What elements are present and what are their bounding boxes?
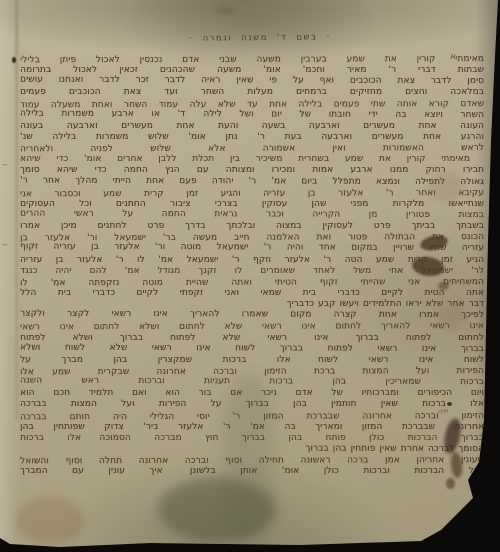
header-inscription: · בשם ד' משנה וגמרה · xyxy=(150,32,370,44)
text-line: עזריה שהיו שרויין במקום אחד והיה ר' ישמע… xyxy=(20,242,484,255)
text-block: מאימתי קורין את שמע בערבין משעה שבני אדם… xyxy=(20,54,484,494)
text-line: ויום הכיפורים ומברכותיו של אדם ניכר אם ב… xyxy=(20,388,484,399)
manuscript-photo: 2 · בשם ד' משנה וגמרה · א ‒ ‒ שינו מאימת… xyxy=(0,0,500,552)
text-line: אלו ברכות שאין חותמין בהן בברוך על הפירו… xyxy=(20,399,484,410)
tan-stain xyxy=(16,497,84,545)
text-line: מאימתי קורין את שמע בשחרית משיכיר בין תכ… xyxy=(20,154,484,165)
text-line: אתה הטית לקיים כדברי בית שמאי ואני זקפתי… xyxy=(20,288,484,299)
text-line: גאולה לתפילה ונמצא מתפלל ביום אמ' ר' יהו… xyxy=(20,175,484,188)
text-line: לראש האשמורות ואין אשמורה אלא שלוש לפניה… xyxy=(20,143,484,155)
text-line: אינו רשאי להאריך לחתום אינו רשאי שלא לחת… xyxy=(20,321,484,333)
text-line: הזימון וברכה אחרונה שבברכת המזון ר' יוסי… xyxy=(20,411,484,423)
text-line: שעונין אחריהן אמן ברכה ראשונה תחילה וסוף… xyxy=(20,455,484,467)
text-line: הסומך לברכה אחרת שאין פותחין בהן בברוך xyxy=(20,442,484,455)
text-line: עקיבא ואחר ר' אלעזר בן עזריה והגיע זמן ק… xyxy=(20,188,484,200)
text-line: במלאכה וחצים מחזיקים ברמחים מעלות השחר ו… xyxy=(20,87,484,98)
parchment-leaf: 2 · בשם ד' משנה וגמרה · א ‒ ‒ שינו מאימת… xyxy=(0,0,500,552)
text-line: מאימתי קורין את שמע בערבין משעה שבני אדם… xyxy=(20,54,484,66)
text-line: לשוח אינו רשאי לשוח אלו ברכות שמקצרין בה… xyxy=(20,355,484,366)
text-line: בברוך אינו רשאי לפתוח בברוך לשוח אינו רש… xyxy=(20,342,484,355)
text-line: סימן לדבר צאת הכוכבים ואף על פי שאין ראי… xyxy=(20,75,484,88)
fold-crease xyxy=(15,0,18,420)
text-line: לפיכך אמרו אחת קצרה מקום שאמרו להאריך אי… xyxy=(20,309,484,322)
text-line: אחרונה שבברכת המזון ומאריך בה אמ' ר' אלע… xyxy=(20,422,484,433)
text-line: בשבתך בביתך פרט לעסוקין במצוה ובלכתך בדר… xyxy=(20,221,484,232)
text-line: והרגע אחת מעשרים וארבעה בעת ר' נתן אומ' … xyxy=(20,132,484,143)
text-line: בכל הברכות וברכות כולן אומ' אותן בלשונן … xyxy=(20,466,484,477)
text-line: השחר ויוצא בה ידי חובתו של יום ושל לילה … xyxy=(20,108,484,121)
text-line: המשחיתים אני שהייתי זקוף הטיתי ואתה שהיי… xyxy=(20,277,484,289)
text-line: ברכות שמאריכין בהן ברכות תעניות וברכות ר… xyxy=(20,376,484,389)
text-line: לר' ישמעאל אחי משל לאחד שאומרים לו זקנך … xyxy=(20,266,484,277)
margin-dash-mark: ‒ xyxy=(2,160,14,170)
smudge-stain xyxy=(214,6,236,15)
margin-dash-mark: ‒ xyxy=(2,240,14,250)
text-line: במצות פטורין מן הקרייה וכבר נראית החמה ע… xyxy=(20,209,484,222)
text-line: הגיע זמן קרית שמע הטה ר' אלעזר וזקף ר' י… xyxy=(20,255,484,266)
page-number: 2 xyxy=(244,4,254,19)
text-line: העונה אחת מעשרים וארבעה בשעה והעת אחת מע… xyxy=(20,121,484,132)
